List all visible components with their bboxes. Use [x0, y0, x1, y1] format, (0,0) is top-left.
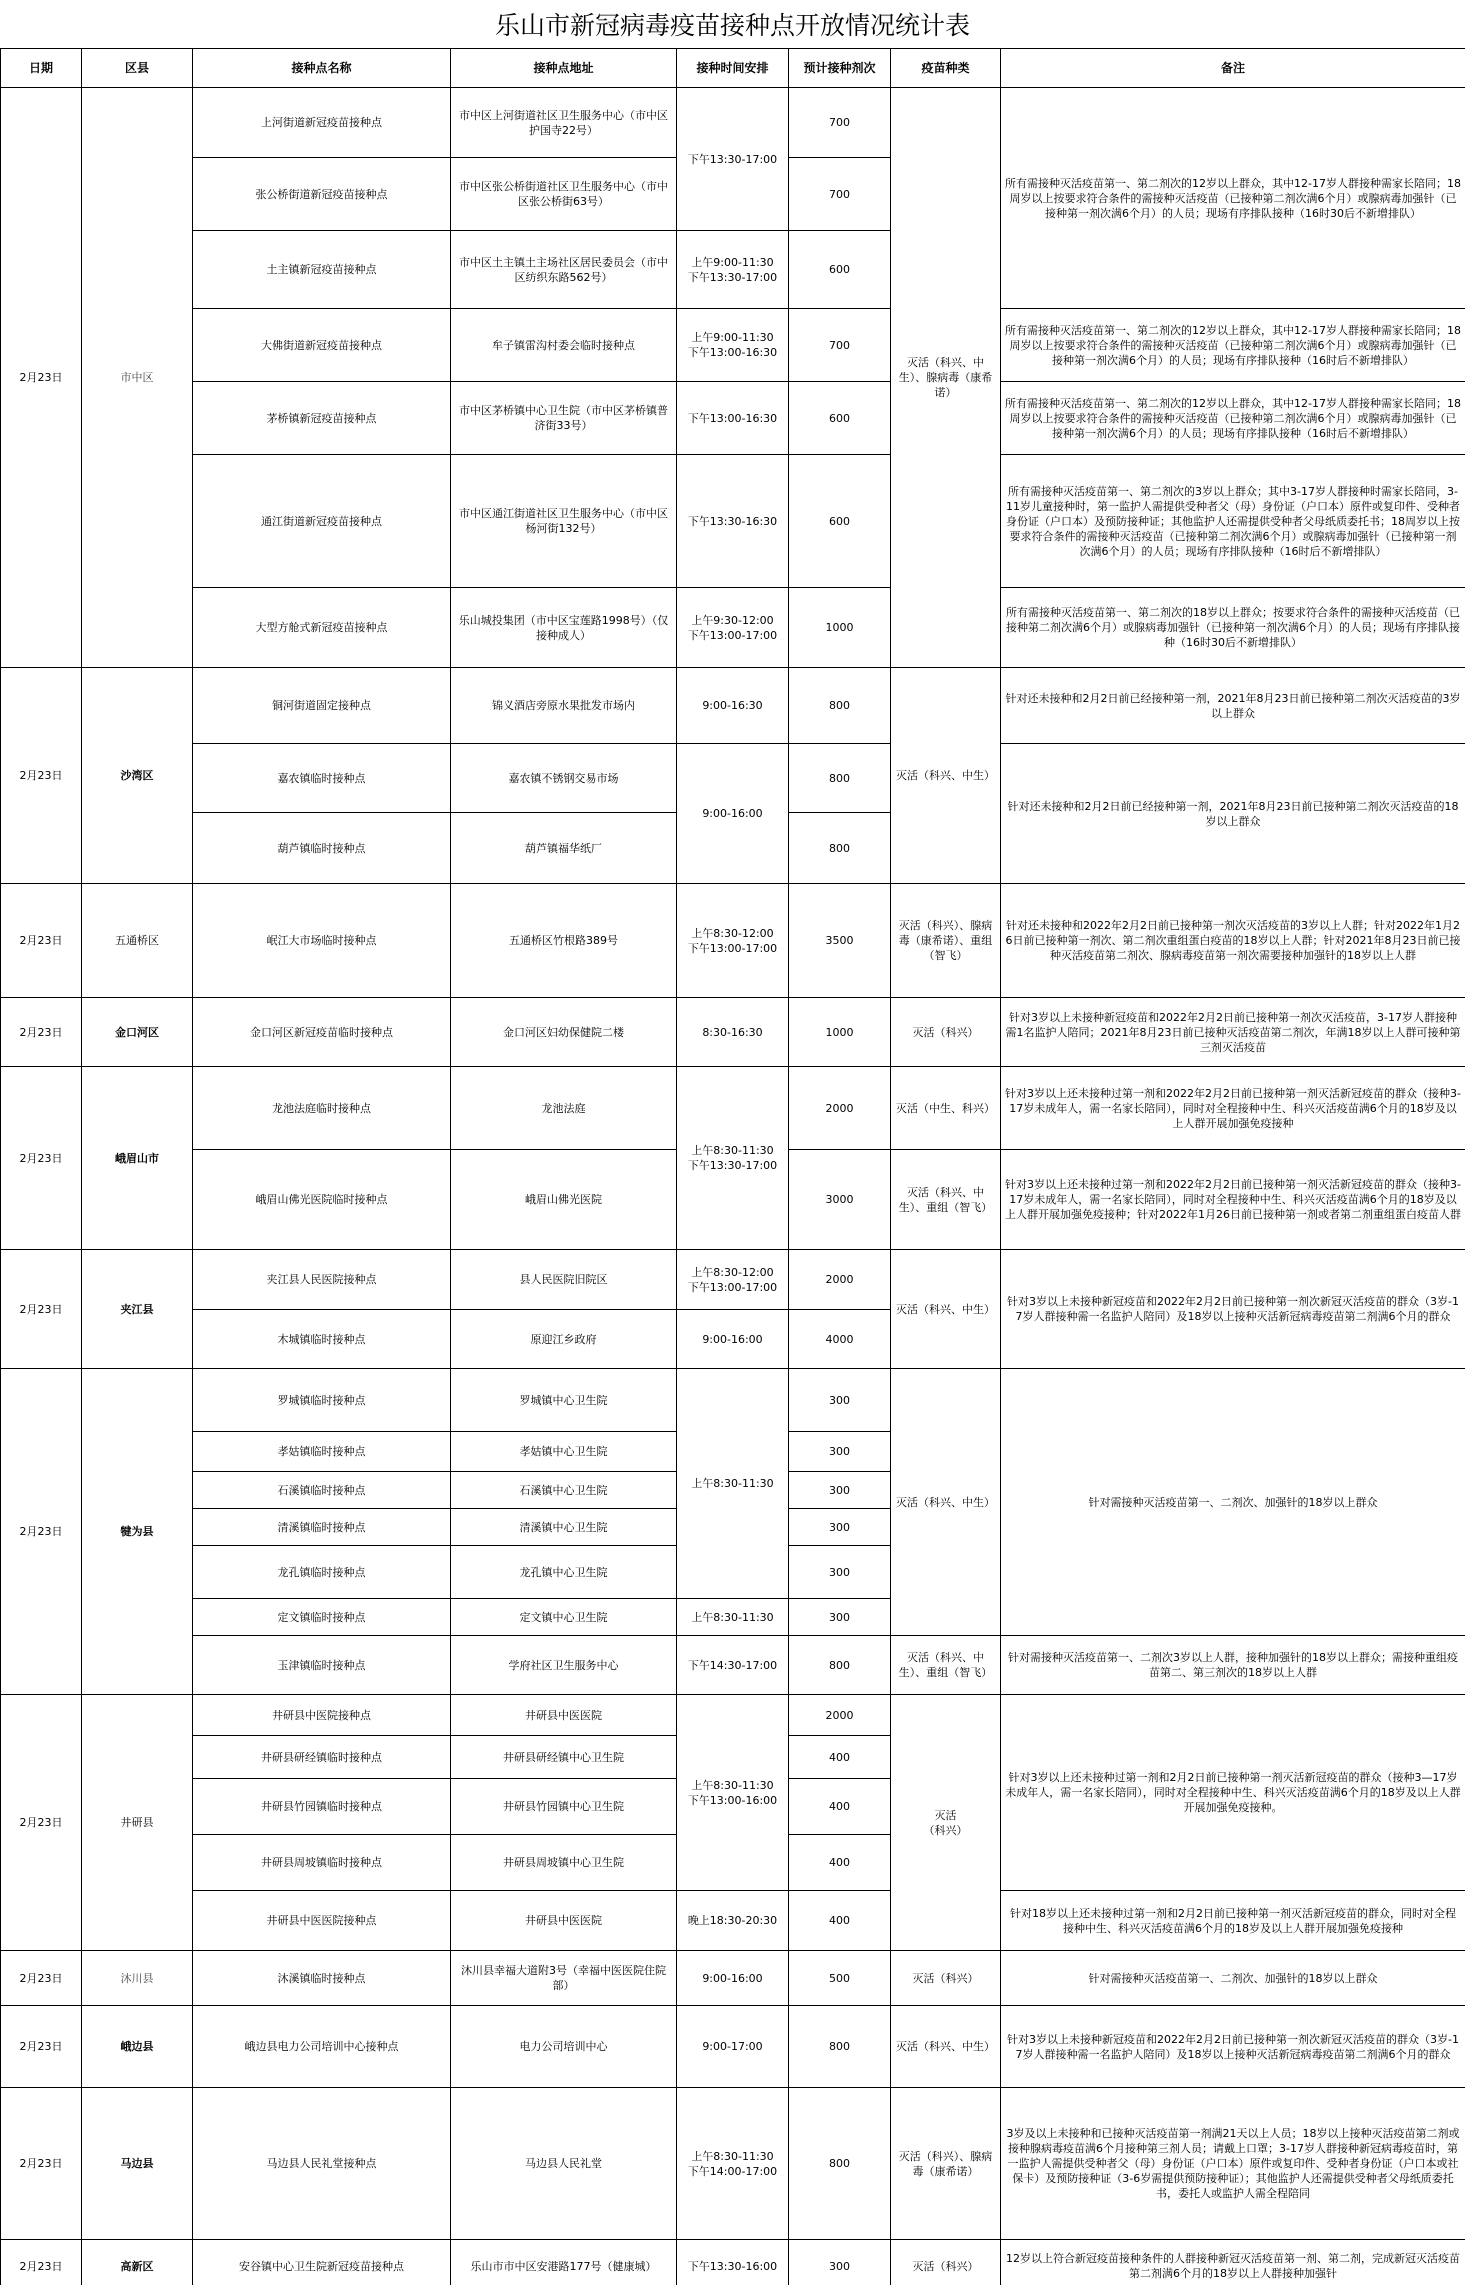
time-cell: 上午8:30-11:30 下午13:30-17:00 — [677, 1067, 789, 1250]
site-name-cell: 井研县周坡镇临时接种点 — [193, 1835, 451, 1891]
notes-cell: 所有需接种灭活疫苗第一、第二剂次的3岁以上群众；其中3-17岁人群接种时需家长陪… — [1001, 455, 1465, 588]
time-cell: 下午13:30-16:00 — [677, 2240, 789, 2285]
table-row: 通江街道新冠疫苗接种点市中区通江街道社区卫生服务中心（市中区杨河街132号）下午… — [1, 455, 1465, 588]
doses-cell: 2000 — [789, 1067, 891, 1150]
site-name-cell: 龙孔镇临时接种点 — [193, 1546, 451, 1599]
site-name-cell: 沐溪镇临时接种点 — [193, 1951, 451, 2006]
district-cell: 五通桥区 — [82, 884, 193, 998]
notes-cell: 针对3岁以上还未接种过第一剂和2022年2月2日前已接种第一剂灭活新冠疫苗的群众… — [1001, 1067, 1465, 1150]
site-name-cell: 大型方舱式新冠疫苗接种点 — [193, 588, 451, 668]
date-cell: 2月23日 — [1, 2240, 82, 2285]
district-cell: 沐川县 — [82, 1951, 193, 2006]
site-name-cell: 井研县中医医院接种点 — [193, 1891, 451, 1951]
table-row: 2月23日夹江县夹江县人民医院接种点县人民医院旧院区上午8:30-12:00 下… — [1, 1250, 1465, 1310]
site-name-cell: 铜河街道固定接种点 — [193, 668, 451, 744]
district-cell: 高新区 — [82, 2240, 193, 2285]
notes-cell: 针对3岁以上还未接种过第一剂和2月2日前已接种第一剂灭活新冠疫苗的群众（接种3—… — [1001, 1695, 1465, 1891]
site-address-cell: 市中区土主镇土主场社区居民委员会（市中区纺织东路562号） — [451, 231, 677, 309]
date-cell: 2月23日 — [1, 88, 82, 668]
site-address-cell: 龙池法庭 — [451, 1067, 677, 1150]
doses-cell: 700 — [789, 158, 891, 231]
notes-cell: 12岁以上符合新冠疫苗接种条件的人群接种新冠灭活疫苗第一剂、第二剂，完成新冠灭活… — [1001, 2240, 1465, 2285]
site-name-cell: 石溪镇临时接种点 — [193, 1472, 451, 1509]
date-cell: 2月23日 — [1, 998, 82, 1067]
vaccine-type-cell: 灭活（中生、科兴） — [891, 1067, 1001, 1150]
site-address-cell: 峨眉山佛光医院 — [451, 1150, 677, 1250]
district-cell: 沙湾区 — [82, 668, 193, 884]
site-address-cell: 嘉农镇不锈钢交易市场 — [451, 744, 677, 813]
date-cell: 2月23日 — [1, 1067, 82, 1250]
doses-cell: 300 — [789, 1509, 891, 1546]
site-name-cell: 玉津镇临时接种点 — [193, 1636, 451, 1695]
site-address-cell: 井研县中医医院 — [451, 1695, 677, 1736]
time-cell: 上午8:30-12:00 下午13:00-17:00 — [677, 1250, 789, 1310]
time-cell: 上午9:00-11:30 下午13:00-16:30 — [677, 309, 789, 382]
vaccine-type-cell: 灭活（科兴、中生）、腺病毒（康希诺） — [891, 88, 1001, 668]
site-address-cell: 锦义酒店旁原水果批发市场内 — [451, 668, 677, 744]
site-address-cell: 罗城镇中心卫生院 — [451, 1369, 677, 1432]
doses-cell: 1000 — [789, 998, 891, 1067]
table-row: 井研县中医医院接种点井研县中医医院晚上18:30-20:30400针对18岁以上… — [1, 1891, 1465, 1951]
site-address-cell: 县人民医院旧院区 — [451, 1250, 677, 1310]
vaccine-type-cell: 灭活（科兴）、腺病毒（康希诺） — [891, 2088, 1001, 2240]
doses-cell: 300 — [789, 1599, 891, 1636]
site-name-cell: 通江街道新冠疫苗接种点 — [193, 455, 451, 588]
page-title: 乐山市新冠病毒疫苗接种点开放情况统计表 — [0, 0, 1465, 48]
site-name-cell: 定文镇临时接种点 — [193, 1599, 451, 1636]
time-cell: 上午8:30-11:30 下午13:00-16:00 — [677, 1695, 789, 1891]
header-site-address: 接种点地址 — [451, 49, 677, 88]
notes-cell: 针对3岁以上未接种新冠疫苗和2022年2月2日前已接种第一剂次灭活疫苗，3-17… — [1001, 998, 1465, 1067]
header-doses: 预计接种剂次 — [789, 49, 891, 88]
doses-cell: 300 — [789, 1432, 891, 1472]
table-row: 嘉农镇临时接种点嘉农镇不锈钢交易市场9:00-16:00800针对还未接种和2月… — [1, 744, 1465, 813]
header-vaccine-type: 疫苗种类 — [891, 49, 1001, 88]
doses-cell: 3000 — [789, 1150, 891, 1250]
district-cell: 夹江县 — [82, 1250, 193, 1369]
doses-cell: 4000 — [789, 1310, 891, 1369]
doses-cell: 600 — [789, 231, 891, 309]
header-district: 区县 — [82, 49, 193, 88]
vaccine-type-cell: 灭活（科兴、中生） — [891, 1250, 1001, 1369]
site-name-cell: 罗城镇临时接种点 — [193, 1369, 451, 1432]
date-cell: 2月23日 — [1, 884, 82, 998]
site-address-cell: 井研县竹园镇中心卫生院 — [451, 1779, 677, 1835]
notes-cell: 针对18岁以上还未接种过第一剂和2月2日前已接种第一剂灭活新冠疫苗的群众，同时对… — [1001, 1891, 1465, 1951]
time-cell: 9:00-16:00 — [677, 1951, 789, 2006]
table-row: 2月23日马边县马边县人民礼堂接种点马边县人民礼堂上午8:30-11:30 下午… — [1, 2088, 1465, 2240]
doses-cell: 800 — [789, 668, 891, 744]
district-cell: 马边县 — [82, 2088, 193, 2240]
time-cell: 下午13:00-16:30 — [677, 382, 789, 455]
table-row: 2月23日高新区安谷镇中心卫生院新冠疫苗接种点乐山市市中区安港路177号（健康城… — [1, 2240, 1465, 2285]
site-address-cell: 市中区上河街道社区卫生服务中心（市中区护国寺22号） — [451, 88, 677, 158]
site-address-cell: 电力公司培训中心 — [451, 2006, 677, 2088]
header-date: 日期 — [1, 49, 82, 88]
table-row: 2月23日峨眉山市龙池法庭临时接种点龙池法庭上午8:30-11:30 下午13:… — [1, 1067, 1465, 1150]
time-cell: 下午14:30-17:00 — [677, 1636, 789, 1695]
district-cell: 井研县 — [82, 1695, 193, 1951]
notes-cell: 所有需接种灭活疫苗第一、第二剂次的12岁以上群众，其中12-17岁人群接种需家长… — [1001, 382, 1465, 455]
doses-cell: 800 — [789, 744, 891, 813]
site-address-cell: 学府社区卫生服务中心 — [451, 1636, 677, 1695]
table-row: 茅桥镇新冠疫苗接种点市中区茅桥镇中心卫生院（市中区茅桥镇普济街33号）下午13:… — [1, 382, 1465, 455]
time-cell: 上午9:00-11:30 下午13:30-17:00 — [677, 231, 789, 309]
doses-cell: 800 — [789, 2088, 891, 2240]
vaccine-type-cell: 灭活（科兴、中生） — [891, 2006, 1001, 2088]
notes-cell: 所有需接种灭活疫苗第一、第二剂次的12岁以上群众，其中12-17岁人群接种需家长… — [1001, 88, 1465, 309]
notes-cell: 针对3岁以上还未接种过第一剂和2022年2月2日前已接种第一剂灭活新冠疫苗的群众… — [1001, 1150, 1465, 1250]
doses-cell: 300 — [789, 1369, 891, 1432]
site-address-cell: 龙孔镇中心卫生院 — [451, 1546, 677, 1599]
time-cell: 上午8:30-11:30 — [677, 1369, 789, 1599]
table-body: 2月23日市中区上河街道新冠疫苗接种点市中区上河街道社区卫生服务中心（市中区护国… — [1, 88, 1465, 2285]
district-cell: 峨眉山市 — [82, 1067, 193, 1250]
site-address-cell: 清溪镇中心卫生院 — [451, 1509, 677, 1546]
time-cell: 8:30-16:30 — [677, 998, 789, 1067]
vaccine-type-cell: 灭活 （科兴） — [891, 1695, 1001, 1951]
vaccine-type-cell: 灭活（科兴） — [891, 2240, 1001, 2285]
doses-cell: 600 — [789, 455, 891, 588]
doses-cell: 300 — [789, 2240, 891, 2285]
site-address-cell: 马边县人民礼堂 — [451, 2088, 677, 2240]
doses-cell: 700 — [789, 88, 891, 158]
site-name-cell: 清溪镇临时接种点 — [193, 1509, 451, 1546]
site-name-cell: 安谷镇中心卫生院新冠疫苗接种点 — [193, 2240, 451, 2285]
site-name-cell: 马边县人民礼堂接种点 — [193, 2088, 451, 2240]
site-address-cell: 五通桥区竹根路389号 — [451, 884, 677, 998]
site-address-cell: 市中区张公桥街道社区卫生服务中心（市中区张公桥街63号） — [451, 158, 677, 231]
doses-cell: 500 — [789, 1951, 891, 2006]
site-name-cell: 井研县研经镇临时接种点 — [193, 1736, 451, 1779]
notes-cell: 针对3岁以上未接种新冠疫苗和2022年2月2日前已接种第一剂次新冠灭活疫苗的群众… — [1001, 2006, 1465, 2088]
notes-cell: 针对还未接种和2022年2月2日前已接种第一剂次灭活疫苗的3岁以上人群；针对20… — [1001, 884, 1465, 998]
table-row: 2月23日井研县井研县中医院接种点井研县中医医院上午8:30-11:30 下午1… — [1, 1695, 1465, 1736]
doses-cell: 800 — [789, 2006, 891, 2088]
site-name-cell: 葫芦镇临时接种点 — [193, 813, 451, 884]
site-name-cell: 金口河区新冠疫苗临时接种点 — [193, 998, 451, 1067]
site-address-cell: 葫芦镇福华纸厂 — [451, 813, 677, 884]
district-cell: 峨边县 — [82, 2006, 193, 2088]
date-cell: 2月23日 — [1, 1250, 82, 1369]
site-name-cell: 茅桥镇新冠疫苗接种点 — [193, 382, 451, 455]
table-row: 玉津镇临时接种点学府社区卫生服务中心下午14:30-17:00800灭活（科兴、… — [1, 1636, 1465, 1695]
vaccine-type-cell: 灭活（科兴、中生）、重组（智飞） — [891, 1150, 1001, 1250]
district-cell: 犍为县 — [82, 1369, 193, 1695]
site-name-cell: 张公桥街道新冠疫苗接种点 — [193, 158, 451, 231]
doses-cell: 800 — [789, 813, 891, 884]
date-cell: 2月23日 — [1, 2088, 82, 2240]
doses-cell: 400 — [789, 1835, 891, 1891]
date-cell: 2月23日 — [1, 668, 82, 884]
doses-cell: 700 — [789, 309, 891, 382]
site-address-cell: 井研县周坡镇中心卫生院 — [451, 1835, 677, 1891]
table-row: 2月23日五通桥区岷江大市场临时接种点五通桥区竹根路389号上午8:30-12:… — [1, 884, 1465, 998]
doses-cell: 1000 — [789, 588, 891, 668]
time-cell: 上午8:30-11:30 下午14:00-17:00 — [677, 2088, 789, 2240]
time-cell: 上午8:30-11:30 — [677, 1599, 789, 1636]
site-address-cell: 市中区茅桥镇中心卫生院（市中区茅桥镇普济街33号） — [451, 382, 677, 455]
site-name-cell: 大佛街道新冠疫苗接种点 — [193, 309, 451, 382]
site-address-cell: 金口河区妇幼保健院二楼 — [451, 998, 677, 1067]
site-address-cell: 井研县研经镇中心卫生院 — [451, 1736, 677, 1779]
site-address-cell: 定文镇中心卫生院 — [451, 1599, 677, 1636]
time-cell: 9:00-17:00 — [677, 2006, 789, 2088]
vaccine-type-cell: 灭活（科兴） — [891, 998, 1001, 1067]
district-cell: 市中区 — [82, 88, 193, 668]
site-name-cell: 木城镇临时接种点 — [193, 1310, 451, 1369]
notes-cell: 针对还未接种和2月2日前已经接种第一剂，2021年8月23日前已接种第二剂次灭活… — [1001, 744, 1465, 884]
site-name-cell: 峨眉山佛光医院临时接种点 — [193, 1150, 451, 1250]
site-name-cell: 井研县中医院接种点 — [193, 1695, 451, 1736]
vaccine-type-cell: 灭活（科兴、中生） — [891, 1369, 1001, 1636]
doses-cell: 3500 — [789, 884, 891, 998]
site-name-cell: 嘉农镇临时接种点 — [193, 744, 451, 813]
site-name-cell: 上河街道新冠疫苗接种点 — [193, 88, 451, 158]
doses-cell: 400 — [789, 1891, 891, 1951]
table-row: 2月23日沙湾区铜河街道固定接种点锦义酒店旁原水果批发市场内9:00-16:30… — [1, 668, 1465, 744]
vaccine-type-cell: 灭活（科兴） — [891, 1951, 1001, 2006]
site-address-cell: 牟子镇雷沟村委会临时接种点 — [451, 309, 677, 382]
notes-cell: 所有需接种灭活疫苗第一、第二剂次的12岁以上群众，其中12-17岁人群接种需家长… — [1001, 309, 1465, 382]
time-cell: 9:00-16:00 — [677, 744, 789, 884]
header-site-name: 接种点名称 — [193, 49, 451, 88]
date-cell: 2月23日 — [1, 1951, 82, 2006]
table-row: 2月23日市中区上河街道新冠疫苗接种点市中区上河街道社区卫生服务中心（市中区护国… — [1, 88, 1465, 158]
time-cell: 晚上18:30-20:30 — [677, 1891, 789, 1951]
header-notes: 备注 — [1001, 49, 1465, 88]
site-address-cell: 孝姑镇中心卫生院 — [451, 1432, 677, 1472]
doses-cell: 800 — [789, 1636, 891, 1695]
time-cell: 9:00-16:00 — [677, 1310, 789, 1369]
site-address-cell: 乐山市市中区安港路177号（健康城） — [451, 2240, 677, 2285]
site-address-cell: 沐川县幸福大道附3号（幸福中医医院住院部） — [451, 1951, 677, 2006]
vaccine-type-cell: 灭活（科兴、中生） — [891, 668, 1001, 884]
vaccination-sites-table: 日期 区县 接种点名称 接种点地址 接种时间安排 预计接种剂次 疫苗种类 备注 … — [0, 48, 1465, 2285]
notes-cell: 所有需接种灭活疫苗第一、第二剂次的18岁以上群众；按要求符合条件的需接种灭活疫苗… — [1001, 588, 1465, 668]
vaccine-type-cell: 灭活（科兴）、腺病毒（康希诺）、重组（智飞） — [891, 884, 1001, 998]
table-row: 2月23日沐川县沐溪镇临时接种点沐川县幸福大道附3号（幸福中医医院住院部）9:0… — [1, 1951, 1465, 2006]
table-row: 大型方舱式新冠疫苗接种点乐山城投集团（市中区宝莲路1998号）（仅接种成人）上午… — [1, 588, 1465, 668]
site-address-cell: 乐山城投集团（市中区宝莲路1998号）（仅接种成人） — [451, 588, 677, 668]
notes-cell: 针对需接种灭活疫苗第一、二剂次3岁以上人群，接种加强针的18岁以上群众；需接种重… — [1001, 1636, 1465, 1695]
site-address-cell: 原迎江乡政府 — [451, 1310, 677, 1369]
date-cell: 2月23日 — [1, 1695, 82, 1951]
site-name-cell: 夹江县人民医院接种点 — [193, 1250, 451, 1310]
date-cell: 2月23日 — [1, 2006, 82, 2088]
time-cell: 9:00-16:30 — [677, 668, 789, 744]
site-address-cell: 市中区通江街道社区卫生服务中心（市中区杨河街132号） — [451, 455, 677, 588]
site-name-cell: 岷江大市场临时接种点 — [193, 884, 451, 998]
site-address-cell: 井研县中医医院 — [451, 1891, 677, 1951]
doses-cell: 300 — [789, 1546, 891, 1599]
date-cell: 2月23日 — [1, 1369, 82, 1695]
site-name-cell: 孝姑镇临时接种点 — [193, 1432, 451, 1472]
time-cell: 下午13:30-16:30 — [677, 455, 789, 588]
table-row: 2月23日金口河区金口河区新冠疫苗临时接种点金口河区妇幼保健院二楼8:30-16… — [1, 998, 1465, 1067]
time-cell: 上午8:30-12:00 下午13:00-17:00 — [677, 884, 789, 998]
time-cell: 下午13:30-17:00 — [677, 88, 789, 231]
notes-cell: 针对还未接种和2月2日前已经接种第一剂，2021年8月23日前已接种第二剂次灭活… — [1001, 668, 1465, 744]
site-address-cell: 石溪镇中心卫生院 — [451, 1472, 677, 1509]
site-name-cell: 峨边县电力公司培训中心接种点 — [193, 2006, 451, 2088]
table-row: 大佛街道新冠疫苗接种点牟子镇雷沟村委会临时接种点上午9:00-11:30 下午1… — [1, 309, 1465, 382]
table-row: 2月23日峨边县峨边县电力公司培训中心接种点电力公司培训中心9:00-17:00… — [1, 2006, 1465, 2088]
notes-cell: 3岁及以上未接种和已接种灭活疫苗第一剂满21天以上人员；18岁以上接种灭活疫苗第… — [1001, 2088, 1465, 2240]
notes-cell: 针对需接种灭活疫苗第一、二剂次、加强针的18岁以上群众 — [1001, 1951, 1465, 2006]
header-row: 日期 区县 接种点名称 接种点地址 接种时间安排 预计接种剂次 疫苗种类 备注 — [1, 49, 1465, 88]
notes-cell: 针对3岁以上未接种新冠疫苗和2022年2月2日前已接种第一剂次新冠灭活疫苗的群众… — [1001, 1250, 1465, 1369]
vaccine-type-cell: 灭活（科兴、中生）、重组（智飞） — [891, 1636, 1001, 1695]
doses-cell: 2000 — [789, 1250, 891, 1310]
site-name-cell: 龙池法庭临时接种点 — [193, 1067, 451, 1150]
doses-cell: 600 — [789, 382, 891, 455]
site-name-cell: 井研县竹园镇临时接种点 — [193, 1779, 451, 1835]
doses-cell: 300 — [789, 1472, 891, 1509]
table-row: 2月23日犍为县罗城镇临时接种点罗城镇中心卫生院上午8:30-11:30300灭… — [1, 1369, 1465, 1432]
time-cell: 上午9:30-12:00 下午13:00-17:00 — [677, 588, 789, 668]
header-time: 接种时间安排 — [677, 49, 789, 88]
site-name-cell: 土主镇新冠疫苗接种点 — [193, 231, 451, 309]
doses-cell: 2000 — [789, 1695, 891, 1736]
doses-cell: 400 — [789, 1779, 891, 1835]
notes-cell: 针对需接种灭活疫苗第一、二剂次、加强针的18岁以上群众 — [1001, 1369, 1465, 1636]
doses-cell: 400 — [789, 1736, 891, 1779]
district-cell: 金口河区 — [82, 998, 193, 1067]
